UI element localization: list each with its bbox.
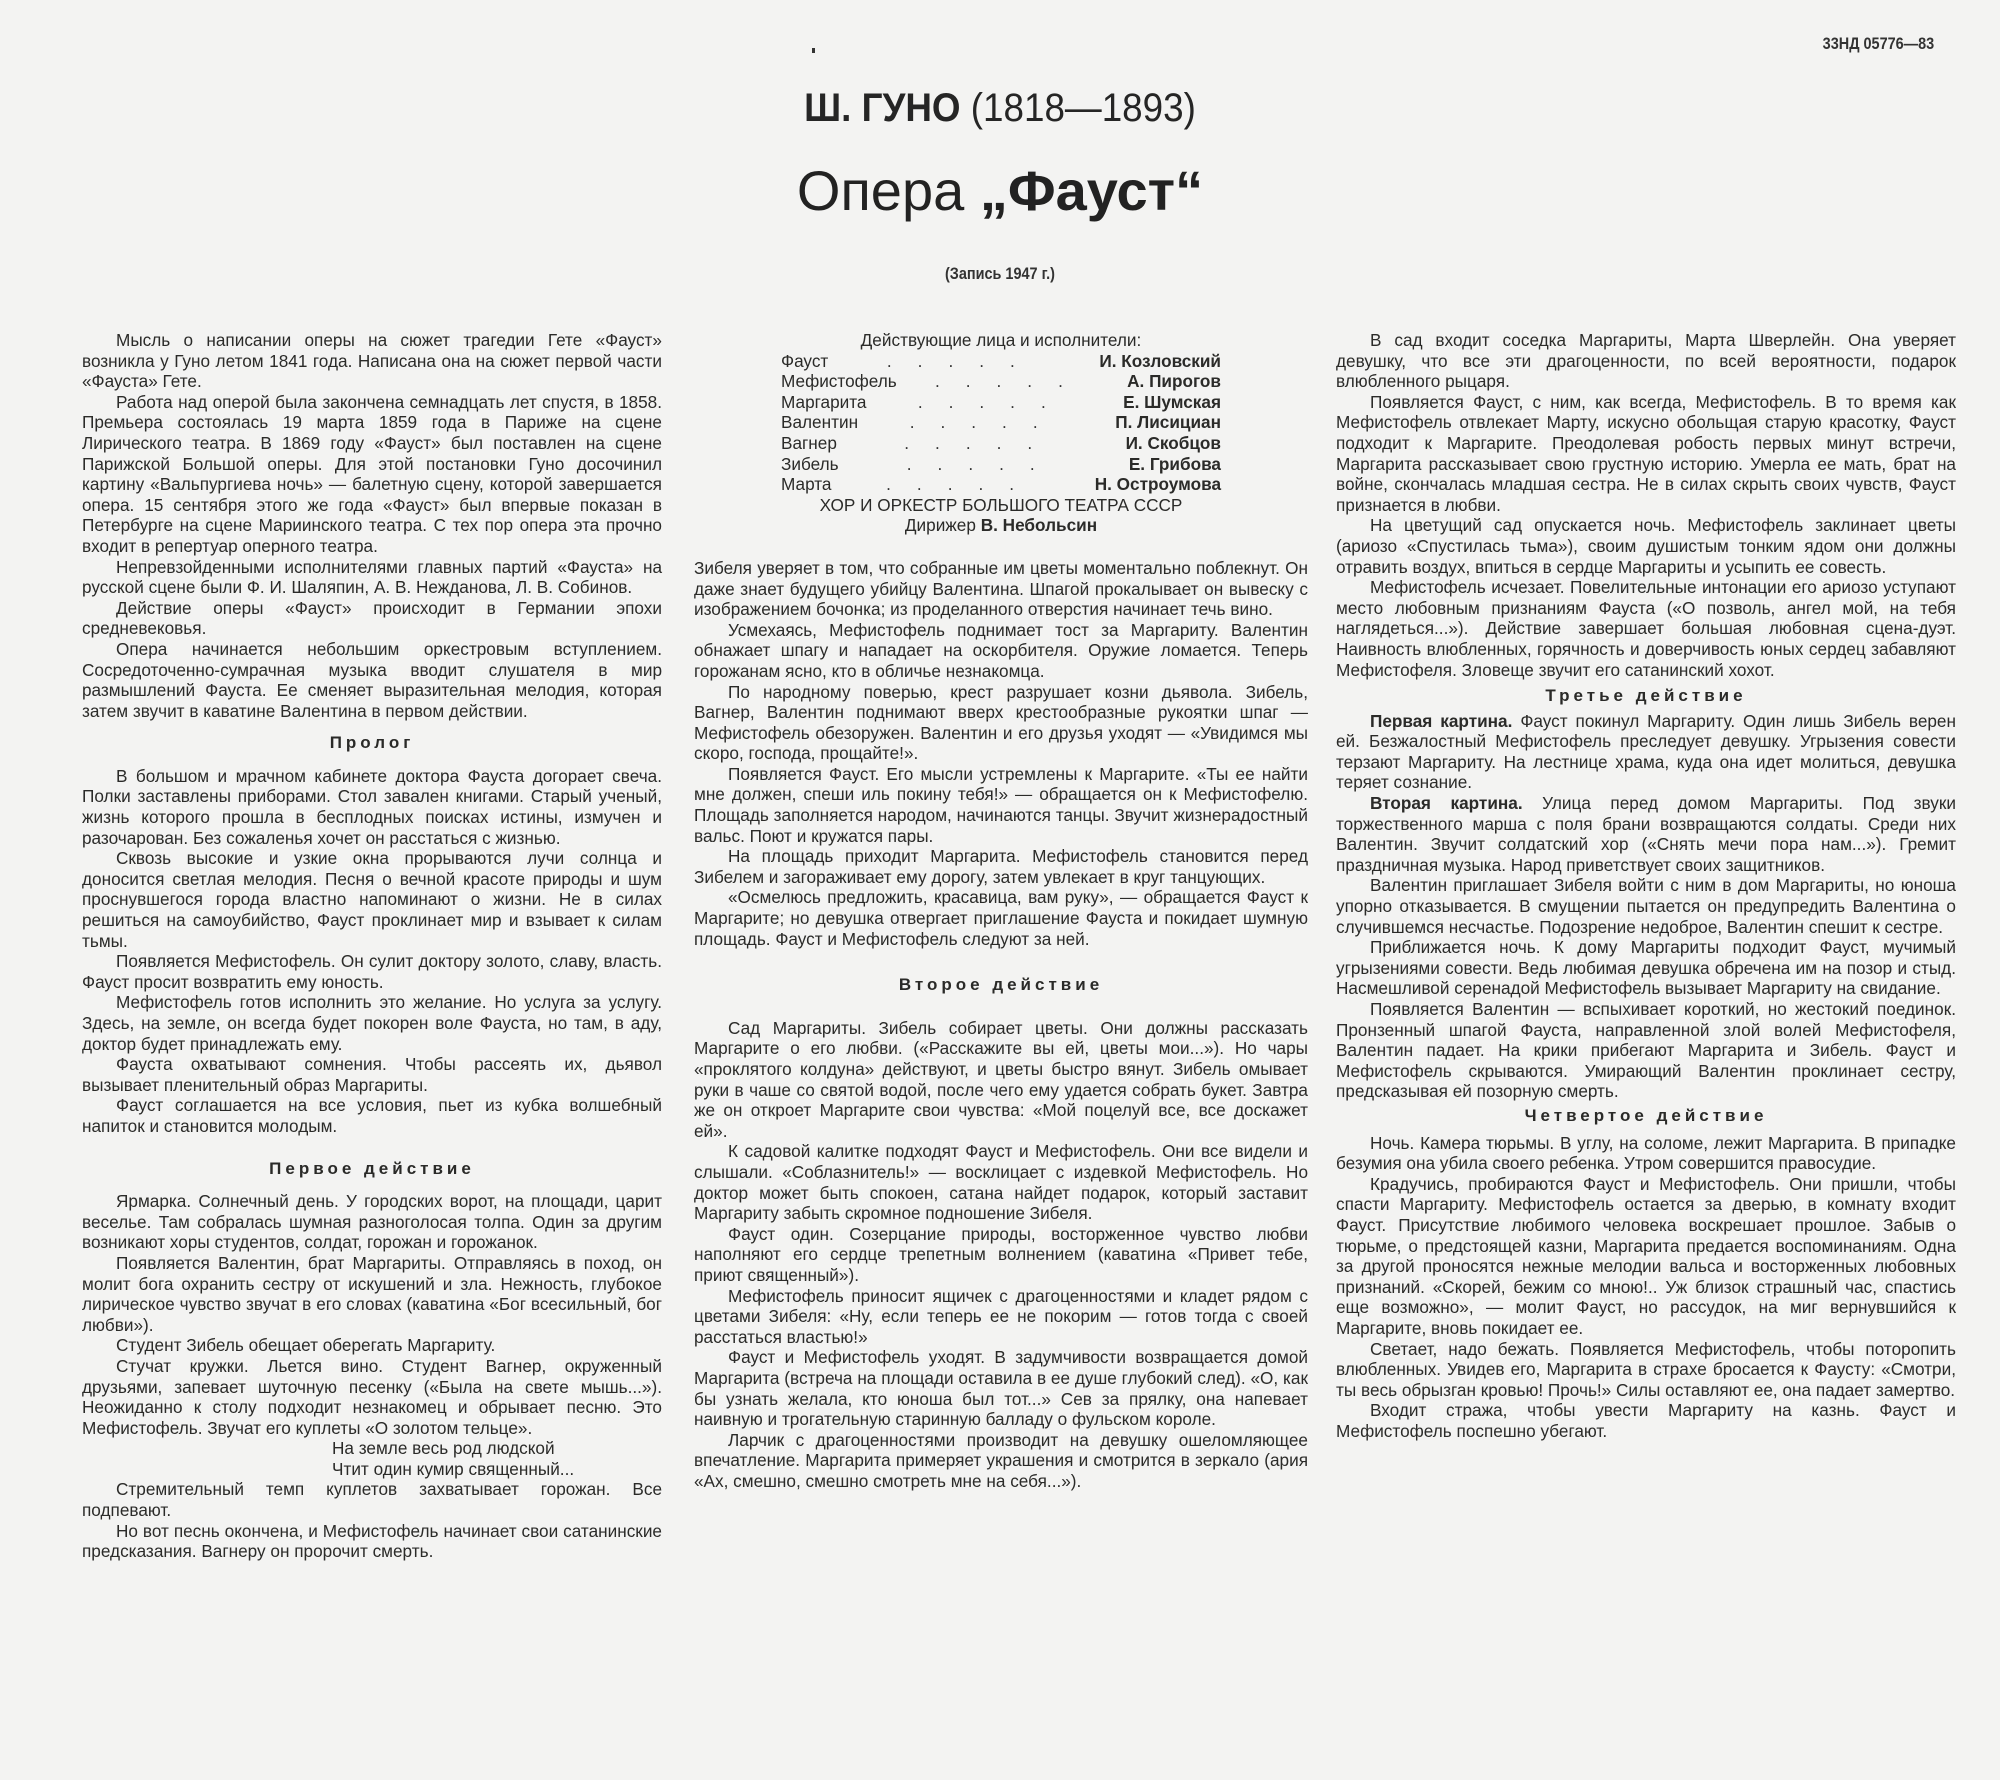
cast-row: Маргарита ..... Е. Шумская [781, 392, 1221, 413]
act2-paragraph: В сад входит соседка Маргариты, Марта Шв… [1336, 330, 1956, 392]
prologue-paragraph: Фауст соглашается на все условия, пьет и… [82, 1095, 662, 1136]
act2-paragraph: Появляется Фауст, с ним, как всегда, Меф… [1336, 392, 1956, 516]
act4-paragraph: Крадучись, пробираются Фауст и Мефистофе… [1336, 1174, 1956, 1339]
intro-paragraph: Действие оперы «Фауст» происходит в Герм… [82, 598, 662, 639]
act1-paragraph: Стремительный темп куплетов захватывает … [82, 1479, 662, 1520]
scene1-label: Первая картина. [1370, 711, 1512, 731]
performer-name: И. Козловский [1099, 351, 1221, 372]
act3-paragraph: Появляется Валентин — вспыхивает коротки… [1336, 999, 1956, 1102]
role-name: Валентин [781, 412, 858, 433]
role-name: Зибель [781, 454, 839, 475]
composer-heading: Ш. ГУНО (1818—1893) [80, 86, 1920, 131]
cast-row: Мефистофель ..... А. Пирогов [781, 371, 1221, 392]
section-title-prologue: Пролог [82, 733, 662, 754]
cast-row: Зибель ..... Е. Грибова [781, 454, 1221, 475]
performer-name: Н. Остроумова [1095, 474, 1221, 495]
verse-line: Чтит один кумир священный... [332, 1459, 662, 1480]
role-name: Марта [781, 474, 832, 495]
cast-row: Фауст ..... И. Козловский [781, 351, 1221, 372]
cast-row: Вагнер ..... И. Скобцов [781, 433, 1221, 454]
act2-paragraph: Фауст и Мефистофель уходят. В задумчивос… [694, 1347, 1308, 1429]
prologue-paragraph: Сквозь высокие и узкие окна прорываются … [82, 848, 662, 951]
conductor-line: Дирижер В. Небольсин [694, 515, 1308, 536]
dot-leader: ..... [828, 351, 1099, 372]
conductor-label: Дирижер [905, 515, 976, 535]
dot-leader: ..... [897, 371, 1127, 392]
cast-row: Валентин ..... П. Лисициан [781, 412, 1221, 433]
act1-paragraph: Появляется Фауст. Его мысли устремлены к… [694, 764, 1308, 846]
act3-paragraph: Приближается ночь. К дому Маргариты подх… [1336, 937, 1956, 999]
act1-paragraph: На площадь приходит Маргарита. Мефистофе… [694, 846, 1308, 887]
act1-paragraph: По народному поверью, крест разрушает ко… [694, 682, 1308, 764]
act2-paragraph: Фауст один. Созерцание природы, восторже… [694, 1224, 1308, 1286]
role-name: Вагнер [781, 433, 837, 454]
verse-line: На земле весь род людской [332, 1438, 662, 1459]
column-right: В сад входит соседка Маргариты, Марта Шв… [1336, 330, 1956, 1441]
prologue-paragraph: Мефистофель готов исполнить это желание.… [82, 992, 662, 1054]
scene2-label: Вторая картина. [1370, 793, 1523, 813]
cast-list: Действующие лица и исполнители: Фауст ..… [694, 330, 1308, 536]
dot-leader: ..... [866, 392, 1123, 413]
role-name: Мефистофель [781, 371, 897, 392]
title-name: „Фауст“ [980, 159, 1203, 222]
prologue-paragraph: Фауста охватывают сомнения. Чтобы рассея… [82, 1054, 662, 1095]
act2-paragraph: Мефистофель исчезает. Повелительные инто… [1336, 577, 1956, 680]
performer-name: Е. Шумская [1123, 392, 1221, 413]
act1-paragraph: Ярмарка. Солнечный день. У городских вор… [82, 1191, 662, 1253]
act2-paragraph: На цветущий сад опускается ночь. Мефисто… [1336, 515, 1956, 577]
composer-years: (1818—1893) [971, 86, 1196, 130]
dot-leader: ..... [837, 433, 1126, 454]
act3-scene1: Первая картина. Фауст покинул Маргариту.… [1336, 711, 1956, 793]
act1-paragraph: Зибеля уверяет в том, что собранные им ц… [694, 558, 1308, 620]
section-title-act4: Четвертое действие [1336, 1106, 1956, 1127]
act1-paragraph: Усмехаясь, Мефистофель поднимает тост за… [694, 620, 1308, 682]
prologue-paragraph: В большом и мрачном кабинете доктора Фау… [82, 766, 662, 848]
act4-paragraph: Светает, надо бежать. Появляется Мефисто… [1336, 1339, 1956, 1401]
act1-paragraph: Студент Зибель обещает оберегать Маргари… [82, 1335, 662, 1356]
act2-paragraph: Мефистофель приносит ящичек с драгоценно… [694, 1286, 1308, 1348]
performer-name: П. Лисициан [1115, 412, 1221, 433]
performer-name: А. Пирогов [1127, 371, 1221, 392]
intro-paragraph: Непревзойденными исполнителями главных п… [82, 557, 662, 598]
intro-paragraph: Опера начинается небольшим оркестровым в… [82, 639, 662, 721]
act4-paragraph: Входит стража, чтобы увести Маргариту на… [1336, 1400, 1956, 1441]
act2-paragraph: Сад Маргариты. Зибель собирает цветы. Он… [694, 1018, 1308, 1142]
prologue-paragraph: Появляется Мефистофель. Он сулит доктору… [82, 951, 662, 992]
intro-paragraph: Работа над оперой была закончена семнадц… [82, 392, 662, 557]
dot-leader: ..... [832, 474, 1095, 495]
catalog-number: 33НД 05776—83 [1822, 34, 1934, 54]
recording-note: (Запись 1947 г.) [150, 264, 1850, 284]
cast-title: Действующие лица и исполнители: [694, 330, 1308, 351]
act1-paragraph: Но вот песнь окончена, и Мефистофель нач… [82, 1521, 662, 1562]
print-speck [812, 48, 815, 53]
act3-paragraph: Валентин приглашает Зибеля войти с ним в… [1336, 875, 1956, 937]
act2-paragraph: Ларчик с драгоценностями производит на д… [694, 1430, 1308, 1492]
verse-quote: На земле весь род людской Чтит один куми… [82, 1438, 662, 1479]
conductor-name: В. Небольсин [981, 515, 1097, 535]
cast-row: Марта ..... Н. Остроумова [781, 474, 1221, 495]
dot-leader: ..... [858, 412, 1115, 433]
intro-paragraph: Мысль о написании оперы на сюжет трагеди… [82, 330, 662, 392]
act3-scene2: Вторая картина. Улица перед домом Маргар… [1336, 793, 1956, 875]
act1-paragraph: Появляется Валентин, брат Маргариты. Отп… [82, 1253, 662, 1335]
section-title-act2: Второе действие [694, 975, 1308, 996]
column-middle: Действующие лица и исполнители: Фауст ..… [694, 330, 1308, 1491]
column-left: Мысль о написании оперы на сюжет трагеди… [82, 330, 662, 1562]
performer-name: И. Скобцов [1126, 433, 1221, 454]
act1-paragraph: «Осмелюсь предложить, красавица, вам рук… [694, 887, 1308, 949]
act1-paragraph: Стучат кружки. Льется вино. Студент Вагн… [82, 1356, 662, 1438]
performer-name: Е. Грибова [1129, 454, 1221, 475]
dot-leader: ..... [839, 454, 1129, 475]
section-title-act1: Первое действие [82, 1159, 662, 1180]
role-name: Маргарита [781, 392, 866, 413]
role-name: Фауст [781, 351, 828, 372]
section-title-act3: Третье действие [1336, 686, 1956, 707]
act2-paragraph: К садовой калитке подходят Фауст и Мефис… [694, 1141, 1308, 1223]
title-prefix: Опера [797, 159, 964, 222]
composer-name: Ш. ГУНО [804, 86, 960, 130]
page-title: Опера „Фауст“ [0, 158, 2000, 223]
act4-paragraph: Ночь. Камера тюрьмы. В углу, на соломе, … [1336, 1133, 1956, 1174]
ensemble-name: ХОР И ОРКЕСТР БОЛЬШОГО ТЕАТРА СССР [694, 495, 1308, 516]
